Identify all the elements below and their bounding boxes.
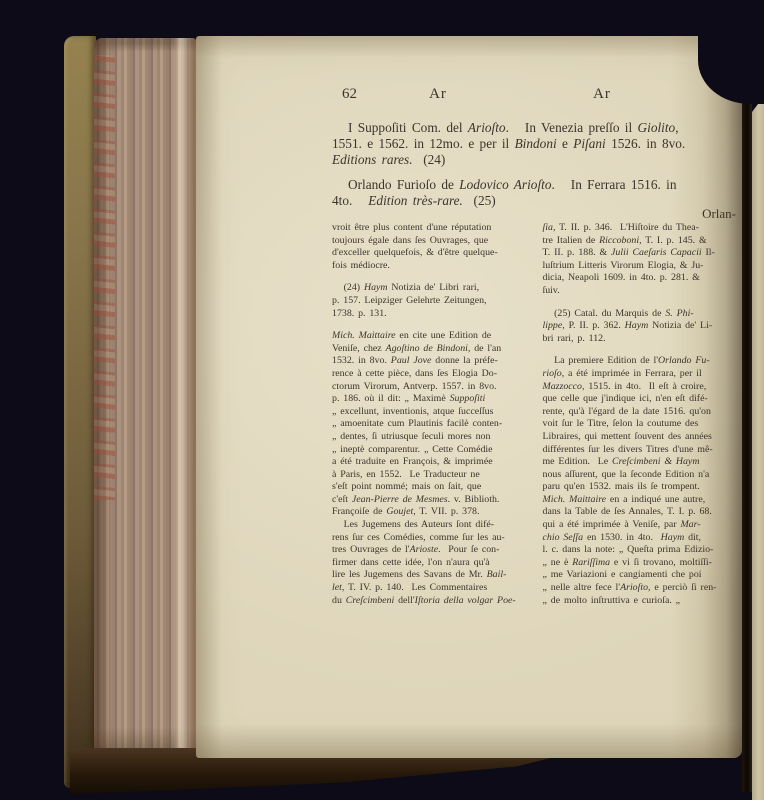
text-line: 1532. in 8vo. Paul Jove donne la préfe- [332, 355, 534, 368]
text-line: Orlando Furioſo de Lodovico Arioſto. In … [332, 177, 742, 193]
text-line: T. II. p. 188. & Julii Caeſaris Capacii … [543, 247, 745, 260]
text-line [543, 345, 745, 355]
text-line: du Creſcimbeni dell'Iſtoria della volgar… [332, 595, 534, 608]
text-line: Les Jugemens des Auteurs ſont difé- [332, 519, 534, 532]
text-line: Françoiſe de Goujet, T. VII. p. 378. [332, 506, 534, 519]
text-line: lippe, P. II. p. 362. Haym Notizia de' L… [543, 320, 745, 333]
text-line: ctorum Virorum, Antverp. 1557. in 8vo. [332, 381, 534, 394]
text-line: Mich. Maittaire en cite une Edition de [332, 330, 534, 343]
text-line: Editions rares. (24) [332, 152, 742, 168]
text-line [332, 272, 534, 282]
text-line: Libraires, qui mettent ſouvent des année… [543, 431, 745, 444]
bibliographic-entries: I Suppoſiti Com. del Arioſto. In Venezia… [332, 120, 742, 219]
running-head-right: Ar [572, 86, 632, 103]
text-line: rence à cette pièce, dans ſes Elogia Do- [332, 368, 534, 381]
text-line: tres Ouvrages de l'Arioste. Pour ſe con- [332, 544, 534, 557]
text-line: que celle que j'indique ici, n'en eſt di… [543, 393, 745, 406]
annotation-columns: vroit être plus content d'une réputation… [332, 222, 744, 607]
running-header: 62 Ar Ar [196, 86, 742, 108]
scan-background: 62 Ar Ar I Suppoſiti Com. del Arioſto. I… [0, 0, 764, 800]
catchword: Orlan- [332, 206, 736, 222]
text-line: Mich. Maittaire en a indiqué une autre, [543, 494, 745, 507]
text-line: (25) Catal. du Marquis de S. Phi- [543, 308, 745, 321]
text-line: I Suppoſiti Com. del Arioſto. In Venezia… [332, 120, 742, 136]
marbled-edge-strip [94, 55, 115, 500]
text-line: 1551. e 1562. in 12mo. e per il Bindoni … [332, 136, 742, 152]
text-line: firmer dans cette idée, l'on n'aura qu'à [332, 557, 534, 570]
text-line [332, 320, 534, 330]
text-line: vroit être plus content d'une réputation [332, 222, 534, 235]
text-line: tre Italien de Riccoboni, T. I. p. 145. … [543, 235, 745, 248]
text-line: ſuiv. [543, 285, 745, 298]
text-line: voit ſur le Titre, ſelon la coutume des [543, 418, 745, 431]
text-line: let, T. IV. p. 140. Les Commentaires [332, 582, 534, 595]
right-column: ſia, T. II. p. 346. L'Hiſtoire du Thea-t… [543, 222, 745, 607]
text-line: d'exceller quelquefois, & d'être quelque… [332, 247, 534, 260]
text-line: c'eſt Jean-Pierre de Mesmes. v. Biblioth… [332, 494, 534, 507]
entry-orlando-furioso: Orlando Furioſo de Lodovico Arioſto. In … [332, 177, 742, 209]
text-line: rens ſur ces Comédies, comme ſur les au- [332, 532, 534, 545]
text-line: dicia, Neapoli 1609. in 4to. p. 281. & [543, 272, 745, 285]
text-line: „ ne è Rariſſima e vi ſi trovano, moltiſ… [543, 557, 745, 570]
text-line: „ me Variazioni e cangiamenti che poi [543, 569, 745, 582]
text-line: toujours égale dans ſes Ouvrages, que [332, 235, 534, 248]
text-line: „ dentes, ſi utriusque ſeculi mores non [332, 431, 534, 444]
book-cover-edge [64, 36, 96, 788]
text-line: chio Seſſa en 1530. in 4to. Haym dit, [543, 532, 745, 545]
text-line: qui a été imprimée à Veniſe, par Mar- [543, 519, 745, 532]
text-line: luſtrium Litteris Virorum Elogia, & Ju- [543, 260, 745, 273]
entry-suppositi: I Suppoſiti Com. del Arioſto. In Venezia… [332, 120, 742, 167]
text-line: différentes ſur les divers Titres d'une … [543, 444, 745, 457]
text-line: „ amoenitate cum Plautinis facilè conten… [332, 418, 534, 431]
running-head-left: Ar [408, 86, 468, 103]
adjacent-page-edge [752, 96, 764, 800]
text-line: à Paris, en 1552. Le Traducteur ne [332, 469, 534, 482]
text-line: lire les Jugemens des Savans de Mr. Bail… [332, 569, 534, 582]
text-line: p. 186. où il dit: „ Maximè Suppoſiti [332, 393, 534, 406]
text-line: nous aſſurent, que la ſeconde Edition n'… [543, 469, 745, 482]
text-line: La premiere Edition de l'Orlando Fu- [543, 355, 745, 368]
text-line: dans la Table de ſes Annales, T. I. p. 6… [543, 506, 745, 519]
text-line: fois médiocre. [332, 260, 534, 273]
text-line: „ excellunt, inventionis, atque ſucceſſu… [332, 406, 534, 419]
text-line: paru qu'en 1532. mais ils ſe trompent. [543, 481, 745, 494]
text-line: p. 157. Leipziger Gelehrte Zeitungen, [332, 295, 534, 308]
text-line [543, 298, 745, 308]
page-number: 62 [342, 86, 357, 103]
text-line: rente, qu'à l'égard de la date 1516. qu'… [543, 406, 745, 419]
text-line: me Edition. Le Creſcimbeni & Haym [543, 456, 745, 469]
text-line: „ nelle altre fece l'Arioſto, e perciò ſ… [543, 582, 745, 595]
text-line: s'eſt point nommé; mais on ſait, que [332, 481, 534, 494]
text-line: l. c. dans la note: „ Queſta prima Edizi… [543, 544, 745, 557]
text-line: 1738. p. 131. [332, 308, 534, 321]
text-line: (24) Haym Notizia de' Libri rari, [332, 282, 534, 295]
text-line: bri rari, p. 112. [543, 333, 745, 346]
text-line: a été traduite en François, & imprimée [332, 456, 534, 469]
text-line: ſia, T. II. p. 346. L'Hiſtoire du Thea- [543, 222, 745, 235]
text-line: rioſo, a été imprimée in Ferrara, per il [543, 368, 745, 381]
book-page: 62 Ar Ar I Suppoſiti Com. del Arioſto. I… [196, 36, 742, 758]
gutter-shadow [742, 44, 752, 792]
text-line: Mazzocco, 1515. in 4to. Il eſt à croire, [543, 381, 745, 394]
text-line: „ de molto inſtruttiva e curioſa. „ [543, 595, 745, 608]
text-line: „ ineptè comparentur. „ Cette Comédie [332, 444, 534, 457]
left-column: vroit être plus content d'une réputation… [332, 222, 534, 607]
text-line: Veniſe, chez Agoſtino de Bindoni, de l'a… [332, 343, 534, 356]
